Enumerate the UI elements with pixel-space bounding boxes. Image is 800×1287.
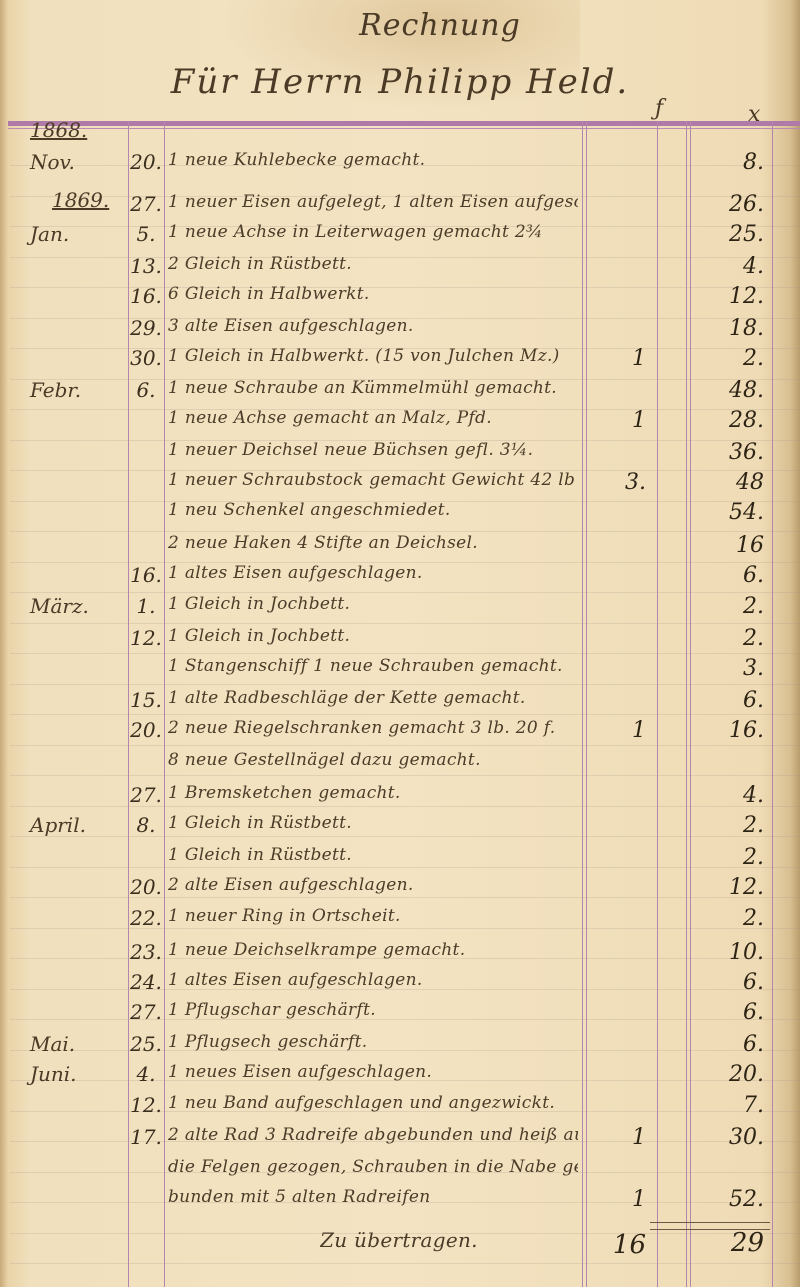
- entry-day: 1.: [128, 594, 164, 618]
- entry-description: 1 alte Radbeschläge der Kette gemacht.: [168, 688, 578, 708]
- ledger-row: April.8.1 Gleich in Rüstbett.2.: [0, 813, 800, 843]
- entry-description: 1 Bremsketchen gemacht.: [168, 783, 578, 803]
- ledger-row: 1 Gleich in Rüstbett.2.: [0, 845, 800, 875]
- entry-kreuzer: 16.: [690, 718, 772, 743]
- entry-kreuzer: 48: [690, 470, 772, 495]
- ledger-row: Jan.5.1 neue Achse in Leiterwagen gemach…: [0, 222, 800, 252]
- entry-kreuzer: 54.: [690, 500, 772, 525]
- ledger-row: 12.1 Gleich in Jochbett.2.: [0, 626, 800, 656]
- entry-day: 4.: [128, 1062, 164, 1086]
- entry-description: 1 neuer Schraubstock gemacht Gewicht 42 …: [168, 470, 578, 490]
- ledger-row: 15.1 alte Radbeschläge der Kette gemacht…: [0, 688, 800, 718]
- entry-day: 6.: [128, 378, 164, 402]
- ledger-row: 17.2 alte Rad 3 Radreife abgebunden und …: [0, 1125, 800, 1155]
- ledger-row: März.1.1 Gleich in Jochbett.2.: [0, 594, 800, 624]
- ledger-row: die Felgen gezogen, Schrauben in die Nab…: [0, 1157, 800, 1187]
- ledger-row: 23.1 neue Deichselkrampe gemacht.10.: [0, 940, 800, 970]
- total-thaler: 16: [586, 1230, 656, 1260]
- ledger-row: 27.1 Bremsketchen gemacht.4.: [0, 783, 800, 813]
- entry-day: 17.: [128, 1125, 164, 1149]
- entry-description: 2 alte Eisen aufgeschlagen.: [168, 875, 578, 895]
- entry-month: Nov.: [30, 150, 125, 174]
- ledger-row: 22.1 neuer Ring in Ortscheit.2.: [0, 906, 800, 936]
- thaler-column-header: ƒ: [655, 96, 663, 121]
- entry-thaler: 1: [586, 1125, 656, 1150]
- entry-day: 25.: [128, 1032, 164, 1056]
- entry-description: 1 neuer Deichsel neue Büchsen gefl. 3¼.: [168, 440, 578, 460]
- entry-description: 1 neue Deichselkrampe gemacht.: [168, 940, 578, 960]
- entry-day: 27.: [128, 783, 164, 807]
- entry-day: 24.: [128, 970, 164, 994]
- ledger-row: 27.1 Pflugschar geschärft.6.: [0, 1000, 800, 1030]
- entry-day: 16.: [128, 563, 164, 587]
- entry-thaler: 1: [586, 718, 656, 743]
- entry-description: 1 Pflugsech geschärft.: [168, 1032, 578, 1052]
- entry-description: 1 Gleich in Rüstbett.: [168, 813, 578, 833]
- ledger-row: 1 Stangenschiff 1 neue Schrauben gemacht…: [0, 656, 800, 686]
- entry-description: 1 Pflugschar geschärft.: [168, 1000, 578, 1020]
- entry-day: 27.: [128, 192, 164, 216]
- entry-description: 8 neue Gestellnägel dazu gemacht.: [168, 750, 578, 770]
- ledger-row: 1 neuer Schraubstock gemacht Gewicht 42 …: [0, 470, 800, 500]
- entry-day: 20.: [128, 150, 164, 174]
- entry-description: 3 alte Eisen aufgeschlagen.: [168, 316, 578, 336]
- entry-description: 1 neuer Ring in Ortscheit.: [168, 906, 578, 926]
- entry-kreuzer: 2.: [690, 813, 772, 838]
- entry-thaler: 1: [586, 408, 656, 433]
- entry-description: die Felgen gezogen, Schrauben in die Nab…: [168, 1157, 578, 1177]
- entry-kreuzer: 2.: [690, 346, 772, 371]
- entry-kreuzer: 2.: [690, 906, 772, 931]
- entry-description: 1 neues Eisen aufgeschlagen.: [168, 1062, 578, 1082]
- kreuzer-column-header: x: [748, 102, 760, 127]
- ledger-row: bunden mit 5 alten Radreifen152.: [0, 1187, 800, 1217]
- ledger-row: 1 neue Achse gemacht an Malz, Pfd.128.: [0, 408, 800, 438]
- entry-day: 30.: [128, 346, 164, 370]
- entry-kreuzer: 36.: [690, 440, 772, 465]
- entry-kreuzer: 6.: [690, 563, 772, 588]
- entry-description: 6 Gleich in Halbwerkt.: [168, 284, 578, 304]
- ledger-row: 20.2 neue Riegelschranken gemacht 3 lb. …: [0, 718, 800, 748]
- entry-month: Juni.: [30, 1062, 125, 1086]
- entry-thaler: 3.: [586, 470, 656, 495]
- entry-description: 1 neue Achse gemacht an Malz, Pfd.: [168, 408, 578, 428]
- entry-description: 1 neuer Eisen aufgelegt, 1 alten Eisen a…: [168, 192, 578, 212]
- entry-day: 29.: [128, 316, 164, 340]
- entry-description: 1 Gleich in Halbwerkt. (15 von Julchen M…: [168, 346, 578, 366]
- header-rule-thin: [8, 128, 800, 129]
- header-rule: [8, 121, 800, 126]
- entry-day: 23.: [128, 940, 164, 964]
- entry-description: 1 neue Kuhlebecke gemacht.: [168, 150, 578, 170]
- entry-kreuzer: 52.: [690, 1187, 772, 1212]
- entry-kreuzer: 7.: [690, 1093, 772, 1118]
- entry-description: 1 neue Achse in Leiterwagen gemacht 2¾: [168, 222, 578, 242]
- entry-month: Jan.: [30, 222, 125, 246]
- ledger-row: 2 neue Haken 4 Stifte an Deichsel.16: [0, 533, 800, 563]
- document-title: Rechnung: [0, 8, 800, 43]
- entry-day: 13.: [128, 254, 164, 278]
- entry-description: 1 Gleich in Rüstbett.: [168, 845, 578, 865]
- ledger-row: 1 neuer Deichsel neue Büchsen gefl. 3¼.3…: [0, 440, 800, 470]
- entry-kreuzer: 2.: [690, 626, 772, 651]
- ledger-row: Mai.25.1 Pflugsech geschärft.6.: [0, 1032, 800, 1062]
- entry-description: 1 Gleich in Jochbett.: [168, 626, 578, 646]
- entry-description: 2 neue Haken 4 Stifte an Deichsel.: [168, 533, 578, 553]
- entry-day: 20.: [128, 875, 164, 899]
- entry-kreuzer: 20.: [690, 1062, 772, 1087]
- ledger-row: 12.1 neu Band aufgeschlagen und angezwic…: [0, 1093, 800, 1123]
- document-recipient: Für Herrn Philipp Held.: [0, 62, 800, 102]
- ledger-row: 24.1 altes Eisen aufgeschlagen.6.: [0, 970, 800, 1000]
- ledger-row: Nov.20.1 neue Kuhlebecke gemacht.8.: [0, 150, 800, 180]
- entry-kreuzer: 48.: [690, 378, 772, 403]
- entry-kreuzer: 12.: [690, 875, 772, 900]
- ledger-row: 1 neu Schenkel angeschmiedet.54.: [0, 500, 800, 530]
- entry-kreuzer: 28.: [690, 408, 772, 433]
- ledger-row: 27.1 neuer Eisen aufgelegt, 1 alten Eise…: [0, 192, 800, 222]
- entry-month: Mai.: [30, 1032, 125, 1056]
- ledger-row: 13.2 Gleich in Rüstbett.4.: [0, 254, 800, 284]
- entry-kreuzer: 6.: [690, 688, 772, 713]
- ledger-row: 16.6 Gleich in Halbwerkt.12.: [0, 284, 800, 314]
- entry-kreuzer: 25.: [690, 222, 772, 247]
- entry-description: 1 neu Band aufgeschlagen und angezwickt.: [168, 1093, 578, 1113]
- entry-kreuzer: 6.: [690, 1000, 772, 1025]
- entry-day: 22.: [128, 906, 164, 930]
- entry-kreuzer: 18.: [690, 316, 772, 341]
- entry-description: 1 altes Eisen aufgeschlagen.: [168, 970, 578, 990]
- entry-kreuzer: 12.: [690, 284, 772, 309]
- ledger-row: 30.1 Gleich in Halbwerkt. (15 von Julche…: [0, 346, 800, 376]
- entry-month: April.: [30, 813, 125, 837]
- entry-kreuzer: 6.: [690, 970, 772, 995]
- entry-month: März.: [30, 594, 125, 618]
- entry-description: 1 Stangenschiff 1 neue Schrauben gemacht…: [168, 656, 578, 676]
- entry-thaler: 1: [586, 1187, 656, 1212]
- entry-day: 15.: [128, 688, 164, 712]
- year-1868: 1868.: [30, 118, 87, 142]
- entry-kreuzer: 6.: [690, 1032, 772, 1057]
- entry-thaler: 1: [586, 346, 656, 371]
- entry-kreuzer: 3.: [690, 656, 772, 681]
- entry-kreuzer: 2.: [690, 594, 772, 619]
- entry-description: 1 neu Schenkel angeschmiedet.: [168, 500, 578, 520]
- entry-kreuzer: 4.: [690, 254, 772, 279]
- ledger-row: 29.3 alte Eisen aufgeschlagen.18.: [0, 316, 800, 346]
- carry-forward-label: Zu übertragen.: [320, 1228, 730, 1252]
- entry-description: 1 neue Schraube an Kümmelmühl gemacht.: [168, 378, 578, 398]
- entry-description: 2 alte Rad 3 Radreife abgebunden und hei…: [168, 1125, 578, 1145]
- ledger-row: Febr.6.1 neue Schraube an Kümmelmühl gem…: [0, 378, 800, 408]
- entry-month: Febr.: [30, 378, 125, 402]
- entry-day: 27.: [128, 1000, 164, 1024]
- entry-kreuzer: 8.: [690, 150, 772, 175]
- entry-description: 2 Gleich in Rüstbett.: [168, 254, 578, 274]
- entry-kreuzer: 10.: [690, 940, 772, 965]
- entry-day: 12.: [128, 1093, 164, 1117]
- ledger-row: Juni.4.1 neues Eisen aufgeschlagen.20.: [0, 1062, 800, 1092]
- entry-description: 1 altes Eisen aufgeschlagen.: [168, 563, 578, 583]
- entry-day: 16.: [128, 284, 164, 308]
- entry-kreuzer: 4.: [690, 783, 772, 808]
- entry-day: 8.: [128, 813, 164, 837]
- ledger-row: 16.1 altes Eisen aufgeschlagen.6.: [0, 563, 800, 593]
- entry-day: 20.: [128, 718, 164, 742]
- entry-description: 2 neue Riegelschranken gemacht 3 lb. 20 …: [168, 718, 578, 738]
- entry-kreuzer: 2.: [690, 845, 772, 870]
- entry-kreuzer: 26.: [690, 192, 772, 217]
- entry-day: 5.: [128, 222, 164, 246]
- ledger-row: 8 neue Gestellnägel dazu gemacht.: [0, 750, 800, 780]
- total-kreuzer: 29: [690, 1228, 772, 1258]
- entry-kreuzer: 30.: [690, 1125, 772, 1150]
- entry-description: bunden mit 5 alten Radreifen: [168, 1187, 578, 1207]
- entry-day: 12.: [128, 626, 164, 650]
- ledger-row: 20.2 alte Eisen aufgeschlagen.12.: [0, 875, 800, 905]
- entry-description: 1 Gleich in Jochbett.: [168, 594, 578, 614]
- entry-kreuzer: 16: [690, 533, 772, 558]
